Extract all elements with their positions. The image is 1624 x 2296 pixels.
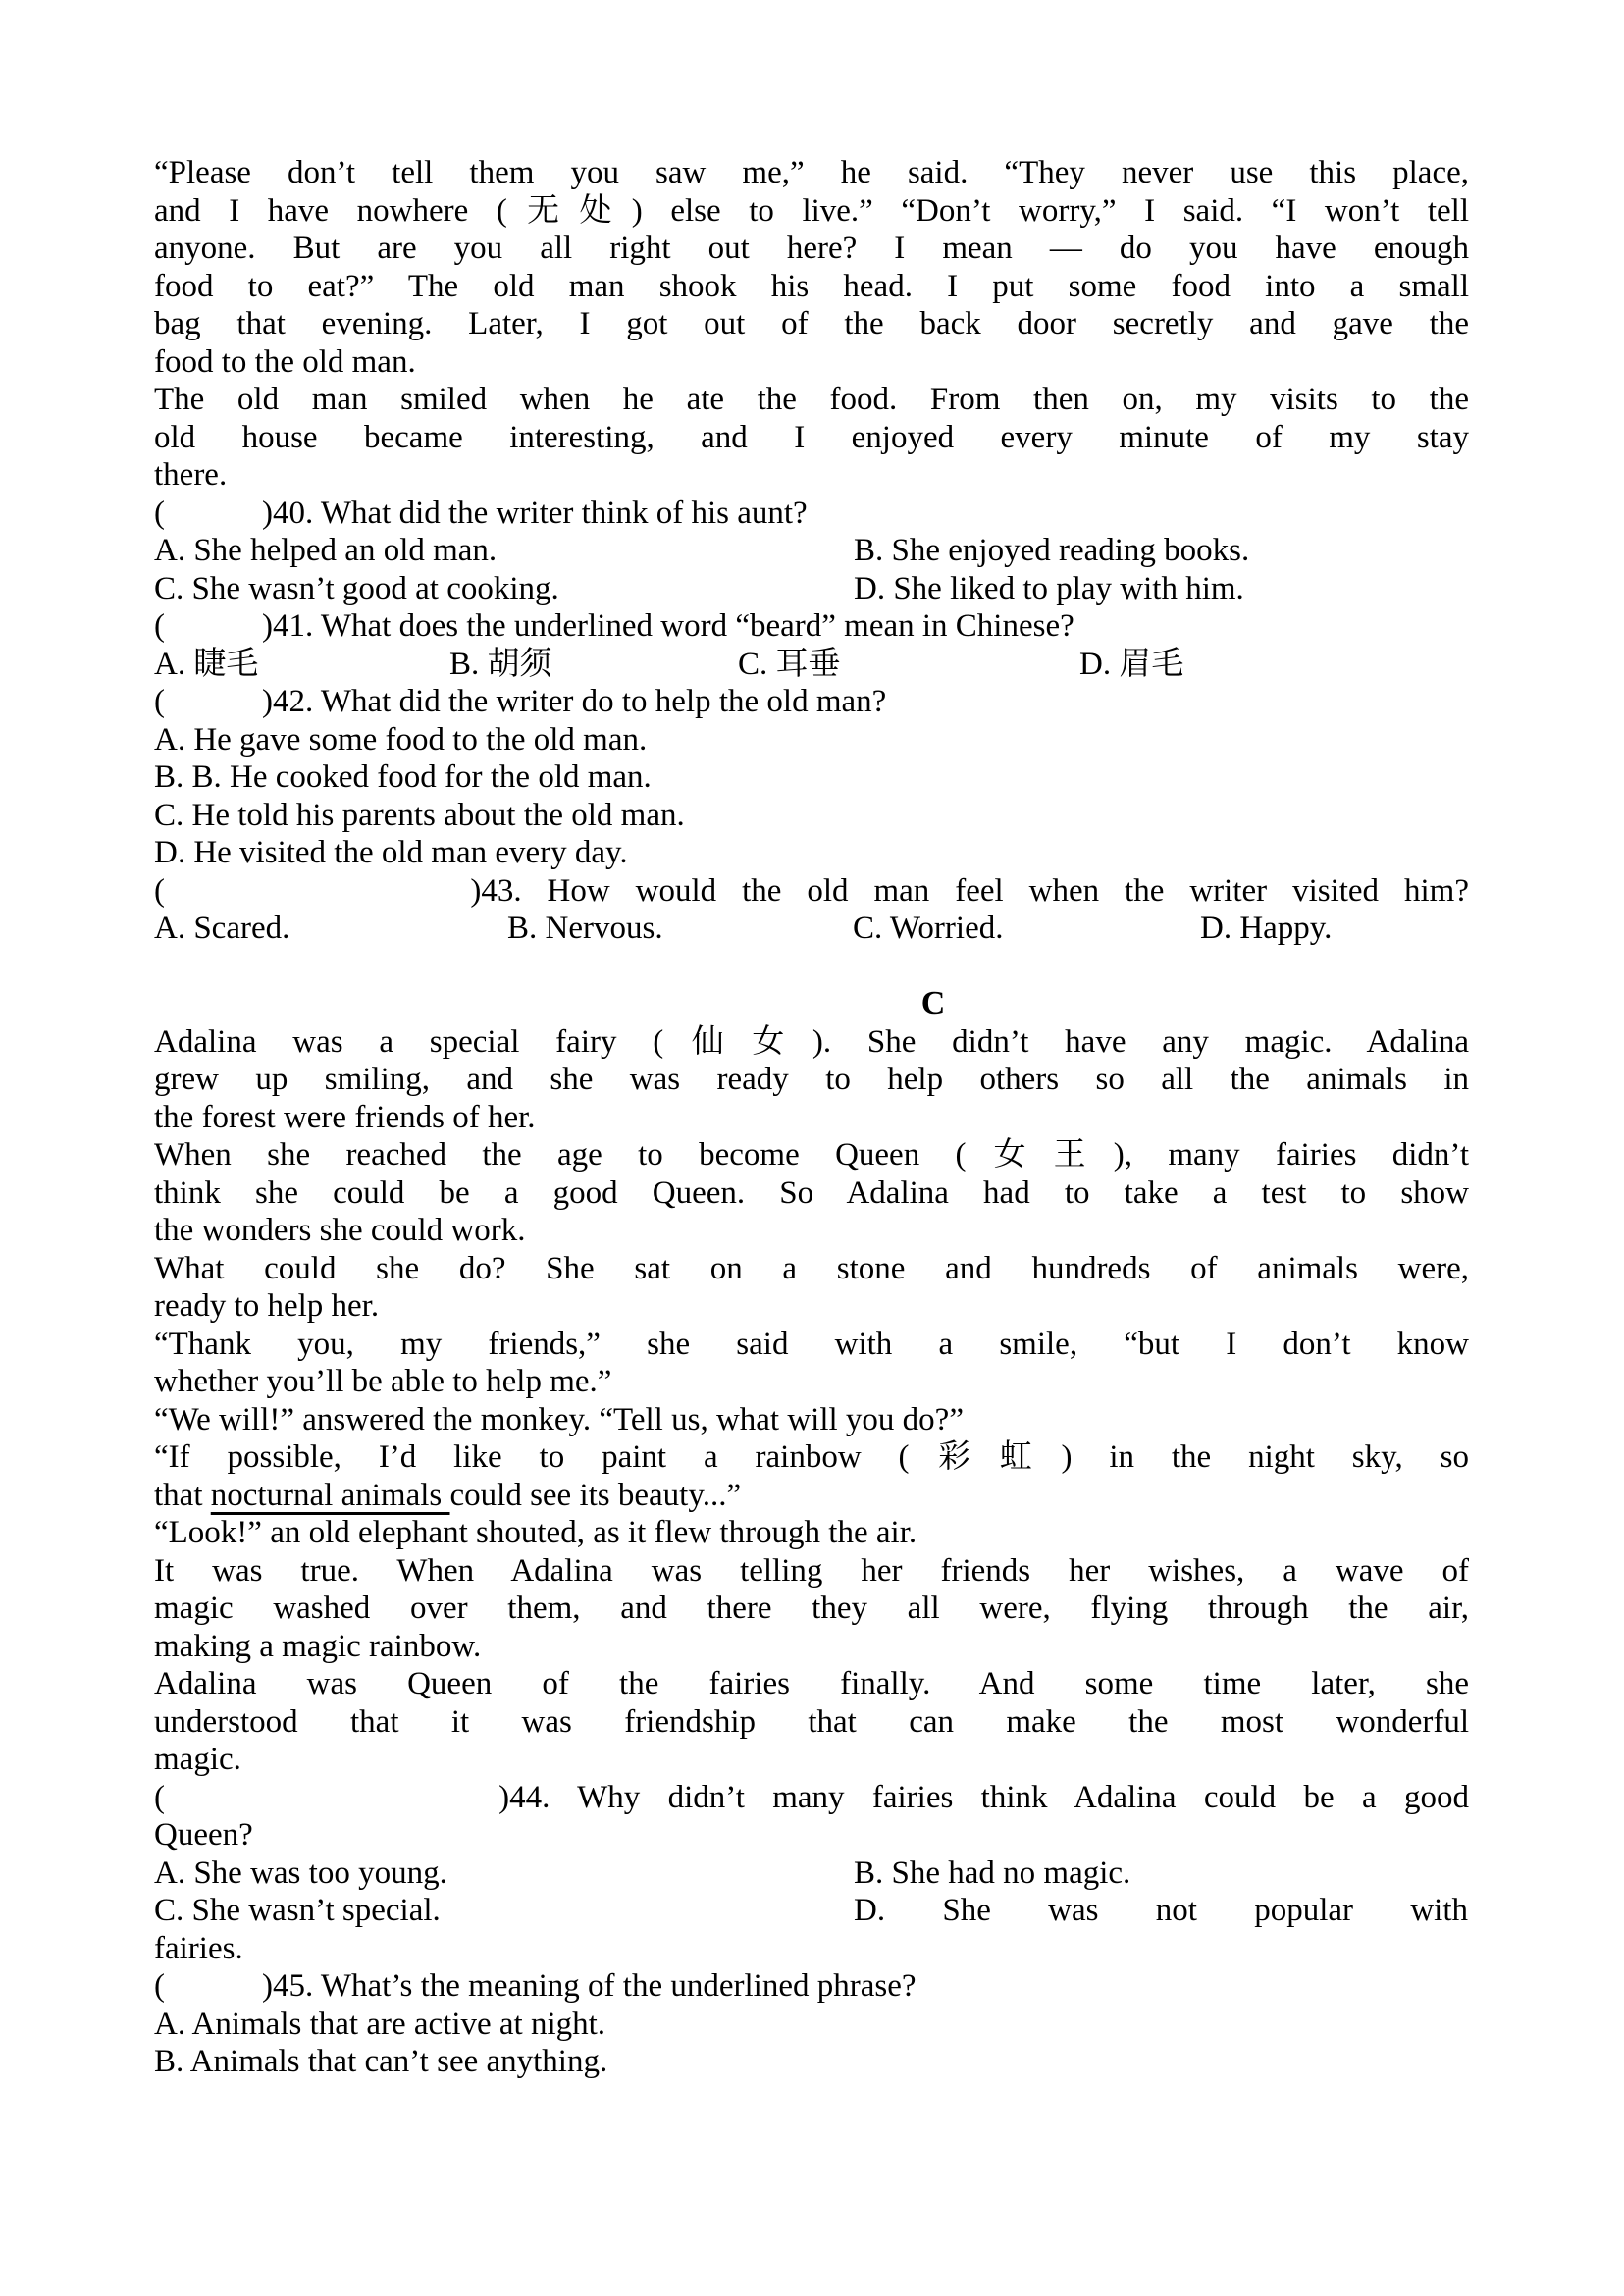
question-44-options-row: C. She wasn’t special.D. She was not pop… [154,1892,1469,1930]
question-43-option-b: B. Nervous. [507,910,853,948]
underline-line-post: could see its beauty...” [450,1478,742,1513]
question-43-options-row: A. Scared.B. Nervous.C. Worried.D. Happy… [154,910,1469,948]
passage-c-line: understood that it was friendship that c… [154,1703,1469,1742]
passage-c-underline-line: that nocturnal animals could see its bea… [154,1477,1469,1515]
passage-c-line: ready to help her. [154,1287,1469,1326]
passage-c-line: magic washed over them, and there they a… [154,1590,1469,1628]
blank-line [154,948,1469,986]
passage-b-line: bag that evening. Later, I got out of th… [154,305,1469,343]
question-42-option-c: C. He told his parents about the old man… [154,797,1469,835]
passage-c-line: the forest were friends of her. [154,1099,1469,1137]
question-44-option-a: A. She was too young. [154,1854,854,1893]
question-42-option-d: D. He visited the old man every day. [154,834,1469,872]
passage-c-line: making a magic rainbow. [154,1628,1469,1666]
question-41-stem: ( )41. What does the underlined word “be… [154,607,1469,646]
passage-c-line: the wonders she could work. [154,1212,1469,1250]
passage-c-line: “Look!” an old elephant shouted, as it f… [154,1514,1469,1552]
question-45-stem: ( )45. What’s the meaning of the underli… [154,1967,1469,2006]
question-43-option-d: D. Happy. [1200,911,1332,946]
question-40-options-row: C. She wasn’t good at cooking.D. She lik… [154,570,1469,608]
passage-c-line: think she could be a good Queen. So Adal… [154,1174,1469,1213]
passage-b-line: and I have nowhere (无处) else to live.” “… [154,192,1469,231]
passage-c-line: It was true. When Adalina was telling he… [154,1552,1469,1591]
question-44-option-c: C. She wasn’t special. [154,1892,854,1930]
question-41-option-b: B. 胡须 [449,646,738,684]
question-45-option-a: A. Animals that are active at night. [154,2006,1469,2044]
passage-c-line: “We will!” answered the monkey. “Tell us… [154,1401,1469,1439]
passage-c-line: When she reached the age to become Queen… [154,1136,1469,1174]
question-40-option-a: A. She helped an old man. [154,532,854,570]
passage-c-heading: C [154,985,1469,1023]
passage-b-line: there. [154,456,1469,495]
passage-c-line: “If possible, I’d like to paint a rainbo… [154,1438,1469,1477]
question-40-stem: ( )40. What did the writer think of his … [154,495,1469,533]
question-41-option-d: D. 眉毛 [1079,647,1183,682]
underline-line-pre: that [154,1478,211,1513]
question-42-option-b: B. B. He cooked food for the old man. [154,758,1469,797]
question-40-options-row: A. She helped an old man.B. She enjoyed … [154,532,1469,570]
question-41-options-row: A. 睫毛B. 胡须C. 耳垂D. 眉毛 [154,646,1469,684]
question-43-stem: ( )43. How would the old man feel when t… [154,872,1469,911]
question-44-options-row: A. She was too young.B. She had no magic… [154,1854,1469,1893]
passage-b-line: food to the old man. [154,343,1469,382]
question-41-option-a: A. 睫毛 [154,646,449,684]
question-44-option-b: B. She had no magic. [854,1855,1130,1891]
question-44-stem: ( )44. Why didn’t many fairies think Ada… [154,1779,1469,1817]
question-40-option-b: B. She enjoyed reading books. [854,533,1249,568]
passage-c-line: whether you’ll be able to help me.” [154,1363,1469,1401]
question-45-option-b: B. Animals that can’t see anything. [154,2043,1469,2081]
passage-c-line: Adalina was Queen of the fairies finally… [154,1665,1469,1703]
passage-b-line: The old man smiled when he ate the food.… [154,381,1469,419]
question-42-stem: ( )42. What did the writer do to help th… [154,683,1469,721]
passage-c-line: Adalina was a special fairy (仙女). She di… [154,1023,1469,1062]
question-42-option-a: A. He gave some food to the old man. [154,721,1469,759]
question-44-option-d: D. She was not popular with [854,1892,1468,1930]
question-40-option-c: C. She wasn’t good at cooking. [154,570,854,608]
exam-page: “Please don’t tell them you saw me,” he … [154,154,1469,2081]
passage-c-line: “Thank you, my friends,” she said with a… [154,1326,1469,1364]
passage-c-line: grew up smiling, and she was ready to he… [154,1061,1469,1099]
passage-b-line: anyone. But are you all right out here? … [154,230,1469,268]
passage-c-line: magic. [154,1741,1469,1779]
question-44-option-d-continuation: fairies. [154,1930,1469,1968]
passage-c-line: What could she do? She sat on a stone an… [154,1250,1469,1288]
question-43-option-c: C. Worried. [853,910,1200,948]
passage-b-line: food to eat?” The old man shook his head… [154,268,1469,306]
question-41-option-c: C. 耳垂 [738,646,1079,684]
question-40-option-d: D. She liked to play with him. [854,571,1244,606]
passage-b-line: “Please don’t tell them you saw me,” he … [154,154,1469,192]
question-43-option-a: A. Scared. [154,910,507,948]
question-44-stem-continuation: Queen? [154,1816,1469,1854]
passage-b-line: old house became interesting, and I enjo… [154,419,1469,457]
underlined-phrase-nocturnal-animals: nocturnal animals [211,1478,450,1513]
